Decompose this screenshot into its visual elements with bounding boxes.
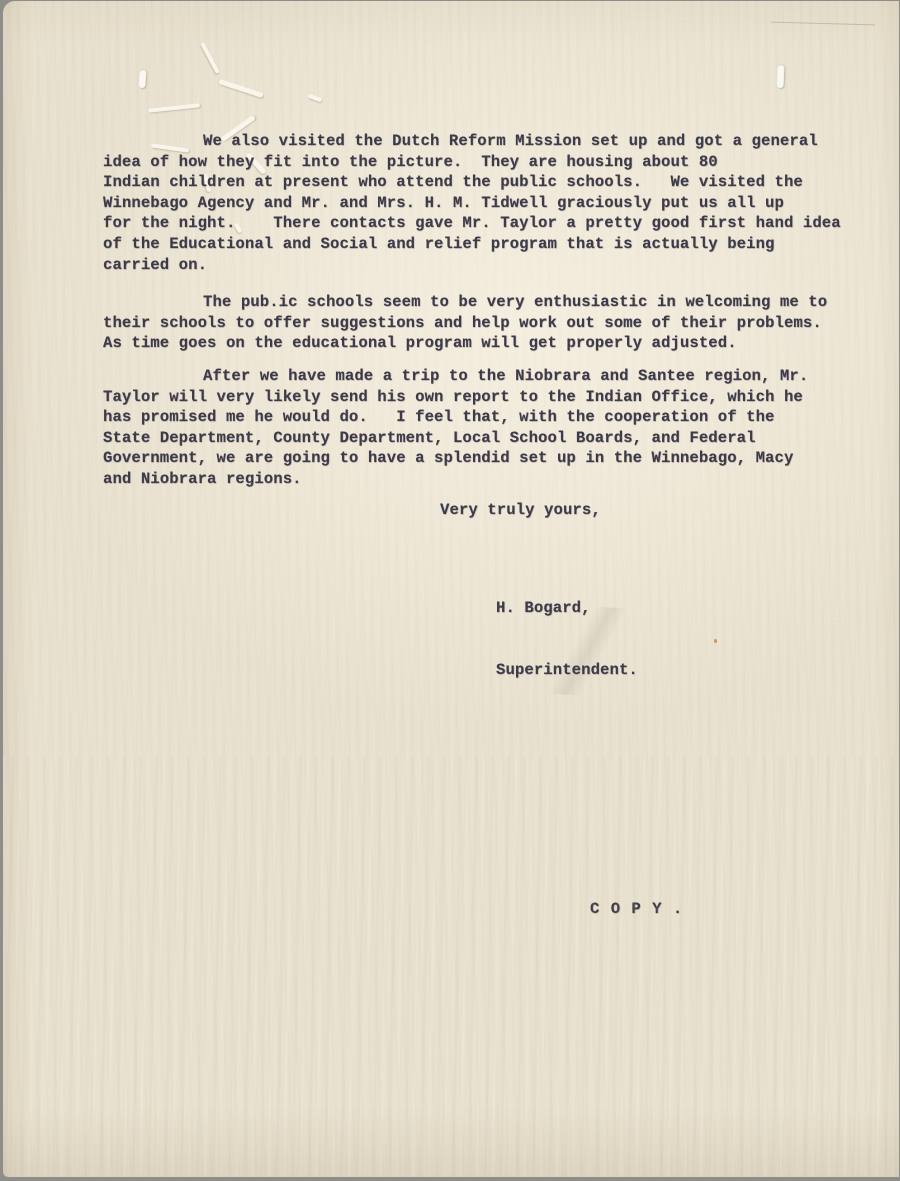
closing-salutation: Very truly yours, [440, 500, 848, 521]
staple-hole-left [138, 69, 146, 88]
letter-page: We also visited the Dutch Reform Mission… [3, 1, 899, 1177]
copy-stamp: C O P Y . [590, 899, 683, 920]
staple-hole-right [777, 64, 785, 88]
scanned-document: We also visited the Dutch Reform Mission… [0, 0, 900, 1181]
signature-name: H. Bogard, [496, 598, 848, 619]
letter-paragraph: We also visited the Dutch Reform Mission… [103, 131, 848, 275]
letter-paragraph: After we have made a trip to the Niobrar… [103, 366, 848, 490]
letter-body: We also visited the Dutch Reform Mission… [103, 131, 848, 722]
signature-block: H. Bogard, Superintendent. [496, 557, 848, 722]
faint-pencil-line [771, 22, 875, 26]
signature-title: Superintendent. [496, 660, 848, 681]
letter-paragraph: The pub.ic schools seem to be very enthu… [103, 292, 848, 354]
